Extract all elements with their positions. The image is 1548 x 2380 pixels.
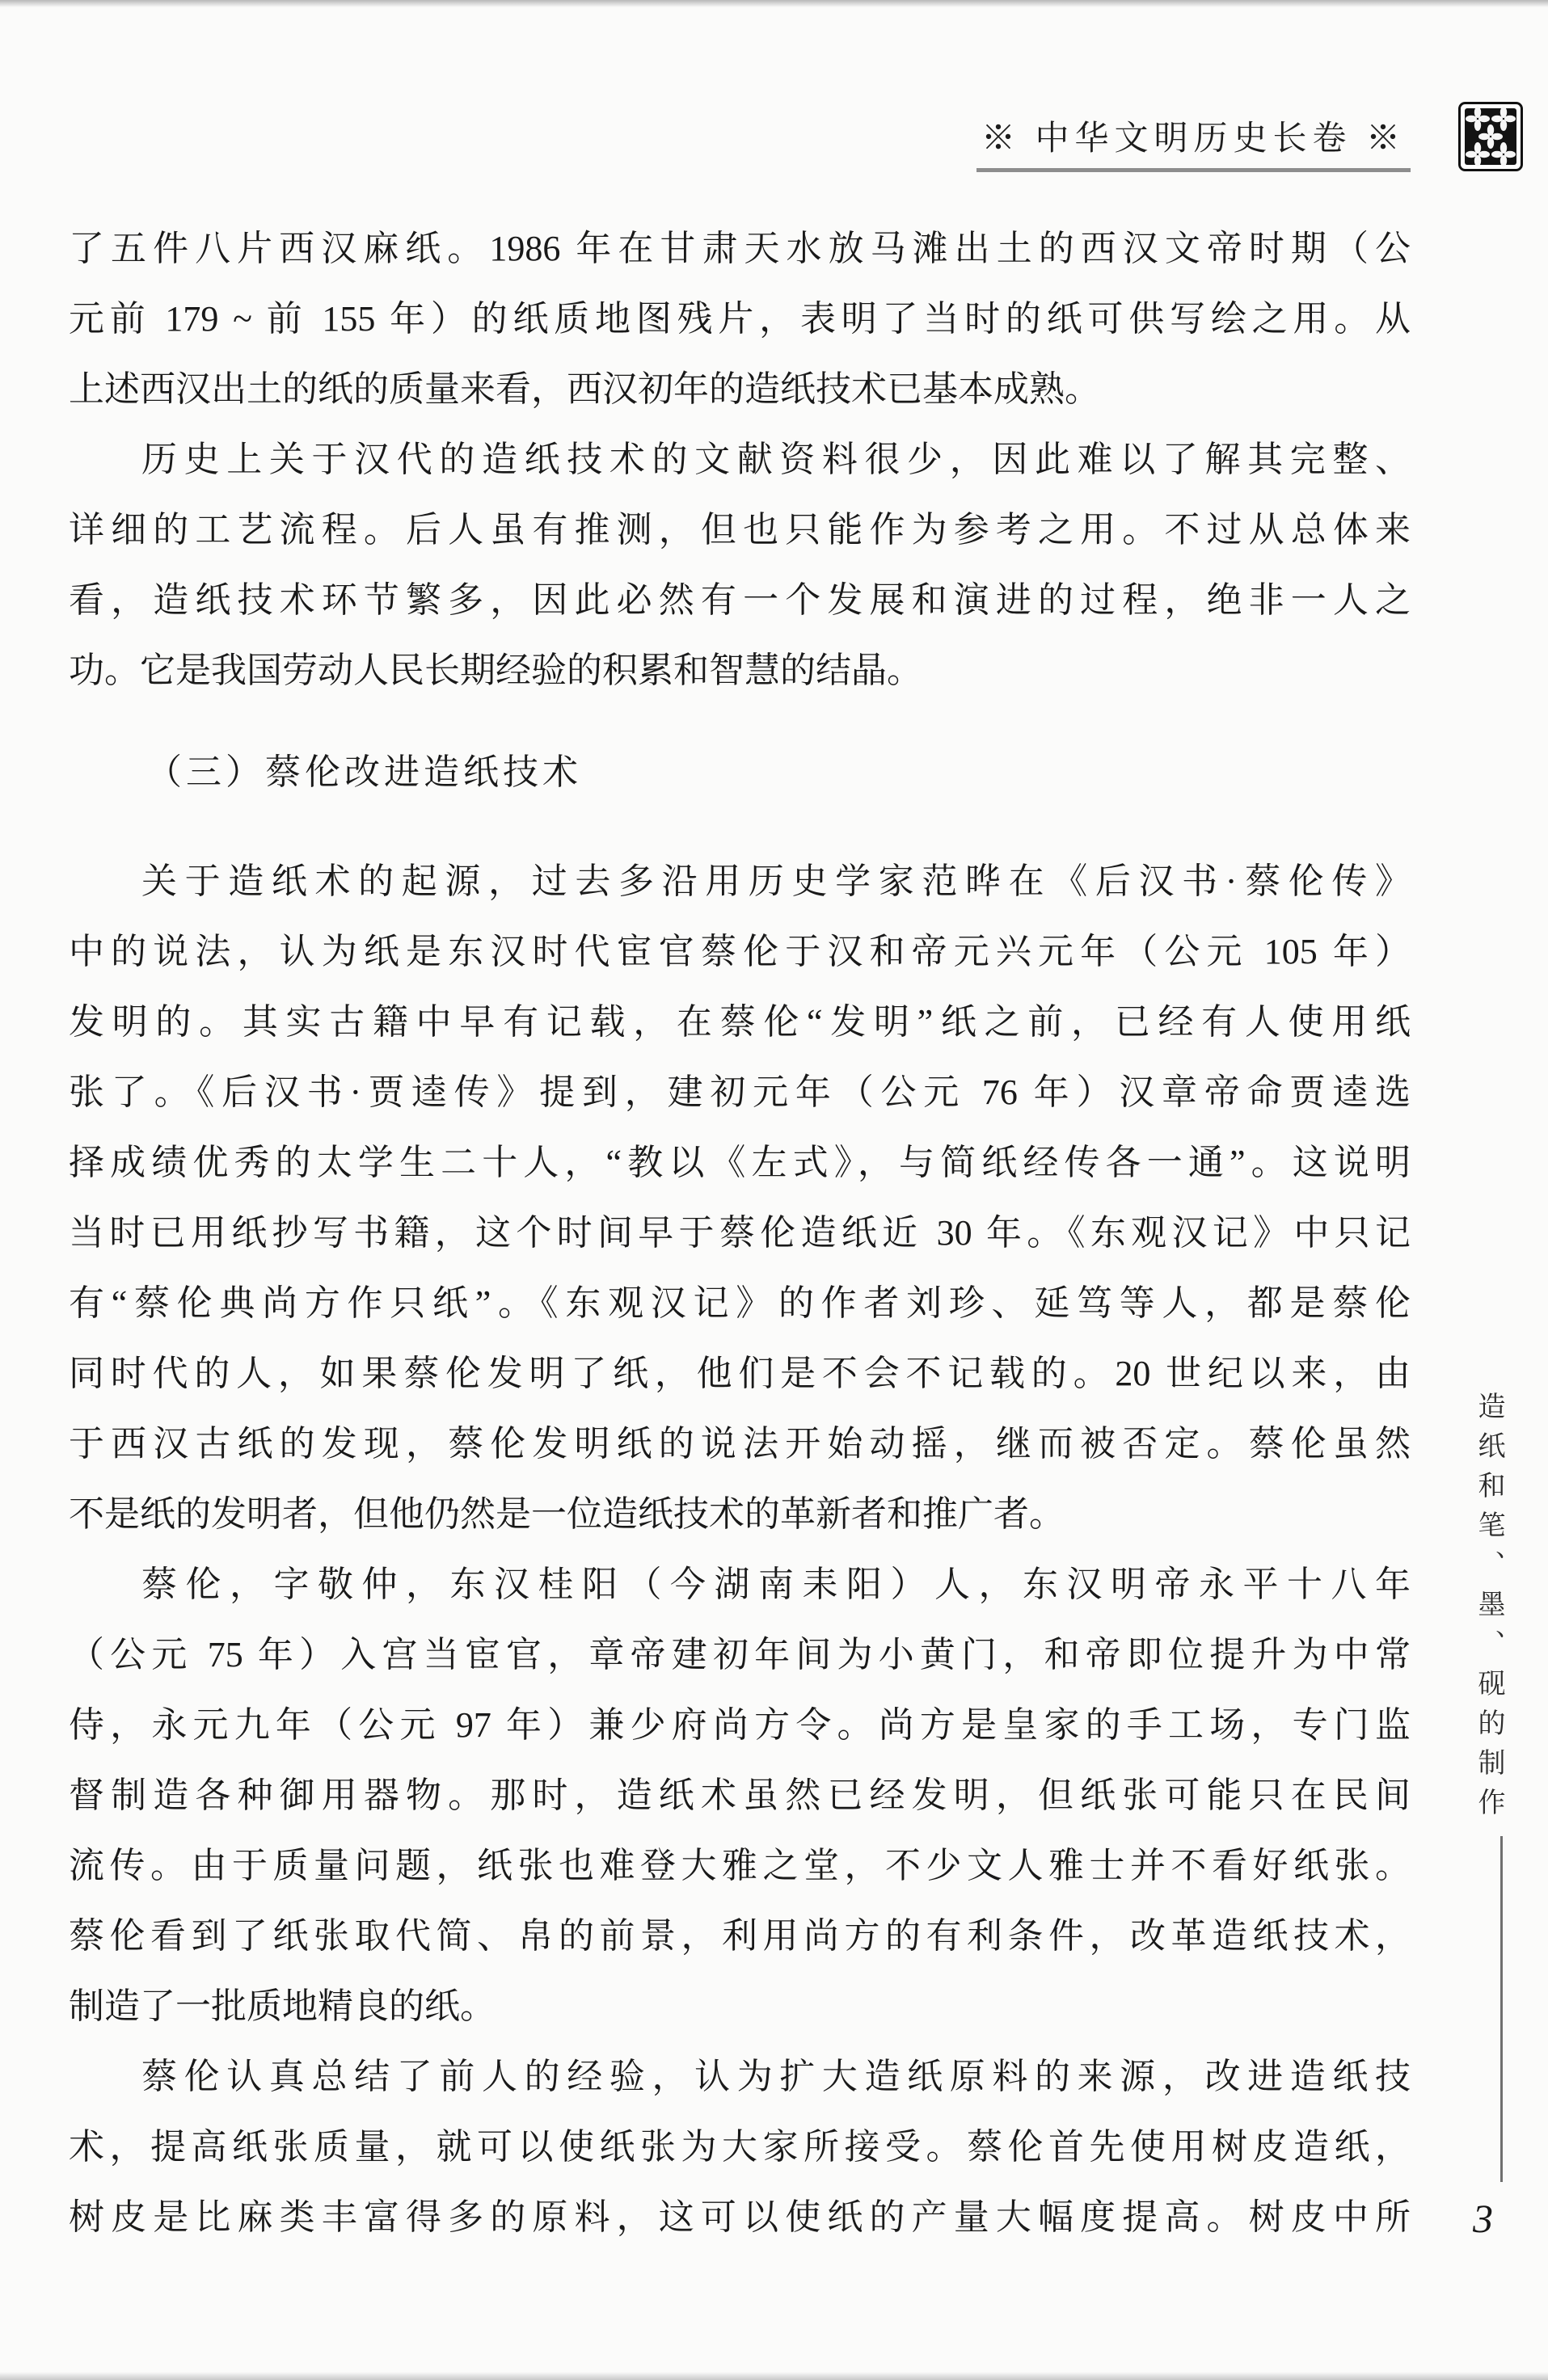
text-line: 看，造纸技术环节繁多，因此必然有一个发展和演进的过程，绝非一人之 [69, 565, 1411, 635]
text-line: 关于造纸术的起源，过去多沿用历史学家范晔在《后汉书·蔡伦传》 [69, 846, 1411, 916]
text-line: 不是纸的发明者，但他仍然是一位造纸技术的革新者和推广者。 [69, 1479, 1411, 1549]
text-line: 张了。《后汉书·贾逵传》提到，建初元年（公元 76 年）汉章帝命贾逵选 [69, 1057, 1411, 1127]
text-line: 了五件八片西汉麻纸。1986 年在甘肃天水放马滩出土的西汉文帝时期（公 [69, 213, 1411, 284]
text-line: 上述西汉出土的纸的质量来看，西汉初年的造纸技术已基本成熟。 [69, 354, 1411, 424]
text-line: 元前 179 ~ 前 155 年）的纸质地图残片，表明了当时的纸可供写绘之用。从 [69, 284, 1411, 354]
text-line: 择成绩优秀的太学生二十人，“教以《左式》，与简纸经传各一通”。这说明 [69, 1127, 1411, 1198]
floral-seal-stamp-icon [1458, 102, 1523, 171]
sidebar-rule [1500, 1836, 1503, 2182]
text-line: 树皮是比麻类丰富得多的原料，这可以使纸的产量大幅度提高。树皮中所 [69, 2182, 1411, 2252]
text-line: 有“蔡伦典尚方作只纸”。《东观汉记》的作者刘珍、延笃等人，都是蔡伦 [69, 1268, 1411, 1338]
text-line: 历史上关于汉代的造纸技术的文献资料很少，因此难以了解其完整、 [69, 424, 1411, 495]
text-line: 发明的。其实古籍中早有记载，在蔡伦“发明”纸之前，已经有人使用纸 [69, 987, 1411, 1057]
text-line: 功。它是我国劳动人民长期经验的积累和智慧的结晶。 [69, 635, 1411, 706]
body-text-block: 了五件八片西汉麻纸。1986 年在甘肃天水放马滩出土的西汉文帝时期（公元前 17… [69, 213, 1411, 2252]
text-line: 蔡伦，字敬仲，东汉桂阳（今湖南耒阳）人，东汉明帝永平十八年 [69, 1549, 1411, 1620]
text-line: 同时代的人，如果蔡伦发明了纸，他们是不会不记载的。20 世纪以来，由 [69, 1338, 1411, 1409]
text-line: 流传。由于质量问题，纸张也难登大雅之堂，不少文人雅士并不看好纸张。 [69, 1830, 1411, 1901]
sidebar-vertical-title: 造纸和笔、墨、砚的制作 [1474, 1392, 1502, 1827]
text-line: （公元 75 年）入宫当宦官，章帝建初年间为小黄门，和帝即位提升为中常 [69, 1620, 1411, 1690]
text-line: 于西汉古纸的发现，蔡伦发明纸的说法开始动摇，继而被否定。蔡伦虽然 [69, 1409, 1411, 1479]
text-line: 中的说法，认为纸是东汉时代宦官蔡伦于汉和帝元兴元年（公元 105 年） [69, 916, 1411, 987]
page-header: ※ 中华文明历史长卷 ※ [69, 112, 1411, 172]
text-line: 详细的工艺流程。后人虽有推测，但也只能作为参考之用。不过从总体来 [69, 495, 1411, 565]
text-line: 蔡伦看到了纸张取代简、帛的前景，利用尚方的有利条件，改革造纸技术， [69, 1901, 1411, 1971]
running-head-title: ※ 中华文明历史长卷 ※ [976, 112, 1411, 172]
scan-edge-top [0, 0, 1548, 7]
text-line: 侍，永元九年（公元 97 年）兼少府尚方令。尚方是皇家的手工场，专门监 [69, 1690, 1411, 1760]
scan-edge-bottom [0, 2372, 1548, 2380]
section-heading: （三）蔡伦改进造纸技术 [69, 737, 1411, 807]
text-line: 蔡伦认真总结了前人的经验，认为扩大造纸原料的来源，改进造纸技 [69, 2041, 1411, 2112]
text-line: 制造了一批质地精良的纸。 [69, 1971, 1411, 2041]
page-number: 3 [1473, 2195, 1493, 2242]
text-line: 当时已用纸抄写书籍，这个时间早于蔡伦造纸近 30 年。《东观汉记》中只记 [69, 1198, 1411, 1268]
text-line: 术，提高纸张质量，就可以使纸张为大家所接受。蔡伦首先使用树皮造纸， [69, 2112, 1411, 2182]
text-line: 督制造各种御用器物。那时，造纸术虽然已经发明，但纸张可能只在民间 [69, 1760, 1411, 1830]
